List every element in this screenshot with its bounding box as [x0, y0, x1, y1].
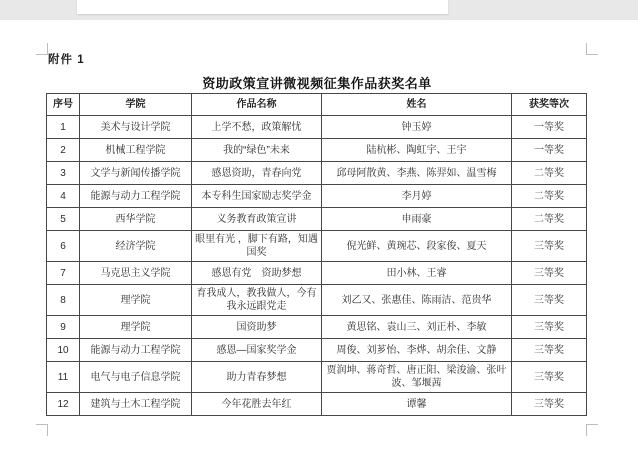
cell-work: 感恩—国家奖学金: [192, 339, 322, 362]
margin-mark-top-right: [586, 43, 598, 55]
cell-no: 10: [47, 339, 80, 362]
cell-no: 9: [47, 316, 80, 339]
table-row: 11 电气与电子信息学院 助力青春梦想 贾润坤、蒋奇哲、唐正阳、梁浚渝、张叶波、…: [47, 362, 587, 393]
cell-no: 4: [47, 185, 80, 208]
cell-names: 贾润坤、蒋奇哲、唐正阳、梁浚渝、张叶波、邹堰茜: [322, 362, 512, 393]
award-table: 序号 学院 作品名称 姓名 获奖等次 1 美术与设计学院 上学不愁，政策解忧 钟…: [46, 93, 587, 416]
cell-college: 机械工程学院: [80, 139, 192, 162]
cell-college: 西华学院: [80, 208, 192, 231]
award-table-body: 1 美术与设计学院 上学不愁，政策解忧 钟玉婷 一等奖 2 机械工程学院 我的“…: [47, 116, 587, 416]
cell-names: 钟玉婷: [322, 116, 512, 139]
cell-college: 能源与动力工程学院: [80, 339, 192, 362]
cell-work: 助力青春梦想: [192, 362, 322, 393]
cell-names: 邱母阿散黄、李燕、陈羿如、温雪梅: [322, 162, 512, 185]
cell-college: 理学院: [80, 316, 192, 339]
header-cell-names: 姓名: [322, 94, 512, 116]
cell-no: 2: [47, 139, 80, 162]
cell-names: 陆杭彬、陶虹宇、王宇: [322, 139, 512, 162]
cell-award: 三等奖: [512, 285, 587, 316]
cell-award: 三等奖: [512, 231, 587, 262]
award-table-header: 序号 学院 作品名称 姓名 获奖等次: [47, 94, 587, 116]
table-row: 2 机械工程学院 我的“绿色”未来 陆杭彬、陶虹宇、王宇 一等奖: [47, 139, 587, 162]
cell-names: 黄思铭、袁山三、刘正朴、李敏: [322, 316, 512, 339]
table-row: 7 马克思主义学院 感恩有党 资助梦想 田小林、王睿 三等奖: [47, 262, 587, 285]
cell-no: 3: [47, 162, 80, 185]
cell-college: 马克思主义学院: [80, 262, 192, 285]
cell-work: 国资助梦: [192, 316, 322, 339]
cell-no: 11: [47, 362, 80, 393]
cell-work: 感恩有党 资助梦想: [192, 262, 322, 285]
cell-names: 刘乙又、张惠佳、陈雨洁、范贵华: [322, 285, 512, 316]
cell-names: 周俊、刘芗怡、李烨、胡余佳、文静: [322, 339, 512, 362]
cell-work: 本专科生国家励志奖学金: [192, 185, 322, 208]
table-row: 5 西华学院 义务教育政策宣讲 申雨豪 二等奖: [47, 208, 587, 231]
cell-names: 田小林、王睿: [322, 262, 512, 285]
cell-no: 8: [47, 285, 80, 316]
cell-names: 倪光鲜、黄琬芯、段家俊、夏天: [322, 231, 512, 262]
margin-mark-top-left: [36, 43, 48, 55]
cell-work: 感恩资助，青春向党: [192, 162, 322, 185]
document-page: 附件 1 资助政策宣讲微视频征集作品获奖名单 序号 学院 作品名称 姓名 获奖等…: [0, 20, 638, 455]
cell-no: 5: [47, 208, 80, 231]
margin-mark-bottom-left: [36, 424, 48, 436]
cell-no: 6: [47, 231, 80, 262]
cell-names: 申雨豪: [322, 208, 512, 231]
cell-award: 三等奖: [512, 393, 587, 416]
cell-work: 育我成人，教我做人，今有我永远跟党走: [192, 285, 322, 316]
table-row: 9 理学院 国资助梦 黄思铭、袁山三、刘正朴、李敏 三等奖: [47, 316, 587, 339]
table-row: 10 能源与动力工程学院 感恩—国家奖学金 周俊、刘芗怡、李烨、胡余佳、文静 三…: [47, 339, 587, 362]
cell-college: 能源与动力工程学院: [80, 185, 192, 208]
cell-award: 二等奖: [512, 162, 587, 185]
cell-work: 义务教育政策宣讲: [192, 208, 322, 231]
cell-college: 电气与电子信息学院: [80, 362, 192, 393]
table-row: 8 理学院 育我成人，教我做人，今有我永远跟党走 刘乙又、张惠佳、陈雨洁、范贵华…: [47, 285, 587, 316]
attachment-label: 附件 1: [48, 51, 85, 67]
cell-no: 7: [47, 262, 80, 285]
cell-award: 三等奖: [512, 339, 587, 362]
cell-award: 三等奖: [512, 262, 587, 285]
cell-award: 二等奖: [512, 208, 587, 231]
cell-college: 建筑与土木工程学院: [80, 393, 192, 416]
cell-award: 一等奖: [512, 139, 587, 162]
table-row: 6 经济学院 眼里有光 ，脚下有路，知遇国奖 倪光鲜、黄琬芯、段家俊、夏天 三等…: [47, 231, 587, 262]
cell-college: 文学与新闻传播学院: [80, 162, 192, 185]
cell-work: 眼里有光 ，脚下有路，知遇国奖: [192, 231, 322, 262]
page-title: 资助政策宣讲微视频征集作品获奖名单: [48, 73, 586, 92]
cell-work: 今年花胜去年红: [192, 393, 322, 416]
header-cell-college: 学院: [80, 94, 192, 116]
cell-college: 经济学院: [80, 231, 192, 262]
cell-college: 美术与设计学院: [80, 116, 192, 139]
cell-names: 谭馨: [322, 393, 512, 416]
cell-award: 三等奖: [512, 362, 587, 393]
cell-college: 理学院: [80, 285, 192, 316]
header-cell-no: 序号: [47, 94, 80, 116]
header-row: 序号 学院 作品名称 姓名 获奖等次: [47, 94, 587, 116]
cell-award: 三等奖: [512, 316, 587, 339]
cell-no: 1: [47, 116, 80, 139]
cell-award: 二等奖: [512, 185, 587, 208]
cell-award: 一等奖: [512, 116, 587, 139]
margin-mark-bottom-right: [586, 424, 598, 436]
header-cell-award: 获奖等次: [512, 94, 587, 116]
cell-no: 12: [47, 393, 80, 416]
table-row: 4 能源与动力工程学院 本专科生国家励志奖学金 李月婷 二等奖: [47, 185, 587, 208]
cell-work: 我的“绿色”未来: [192, 139, 322, 162]
cell-names: 李月婷: [322, 185, 512, 208]
table-row: 12 建筑与土木工程学院 今年花胜去年红 谭馨 三等奖: [47, 393, 587, 416]
previous-page-edge: [77, 0, 448, 14]
header-cell-work: 作品名称: [192, 94, 322, 116]
table-row: 1 美术与设计学院 上学不愁，政策解忧 钟玉婷 一等奖: [47, 116, 587, 139]
table-row: 3 文学与新闻传播学院 感恩资助，青春向党 邱母阿散黄、李燕、陈羿如、温雪梅 二…: [47, 162, 587, 185]
cell-work: 上学不愁，政策解忧: [192, 116, 322, 139]
document-viewport: 附件 1 资助政策宣讲微视频征集作品获奖名单 序号 学院 作品名称 姓名 获奖等…: [0, 0, 638, 455]
